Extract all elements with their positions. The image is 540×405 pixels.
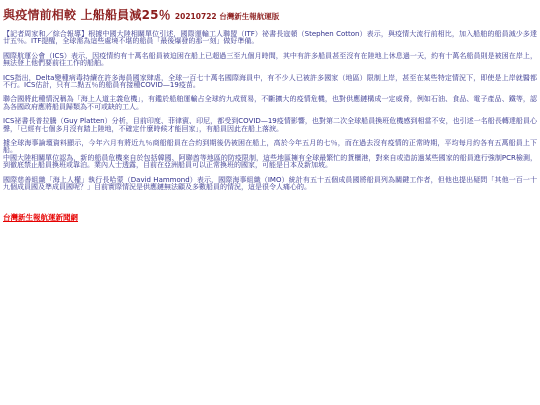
article-page: 與疫情前相較 上船船員減25％20210722 台灣新生報航運版 【記者周家和／… [0,0,540,405]
article-paragraph: 國際慈善組織「海上人權」執行長哈蒙（David Hammond）表示，國際海事組… [3,177,537,192]
article-header: 與疫情前相較 上船船員減25％20210722 台灣新生報航運版 [3,4,537,23]
article-paragraph: 中國大陸相關單位認為，新的船員危機來自於包括韓國、阿聯酋等地區的防疫限制，這些地… [3,155,537,170]
article-paragraph: 【記者周家和／綜合報導】根據中國大陸相關單位引述，國際運輸工人聯盟（ITF）祕書… [3,31,537,46]
footer-link[interactable]: 台灣新生報航運新聞網 [3,212,78,223]
article-paragraph: 國際航運公會（ICS）表示，因疫情約有十萬名船員被迫困在船上已超過三至九個月時間… [3,53,537,68]
article-body: 【記者周家和／綜合報導】根據中國大陸相關單位引述，國際運輸工人聯盟（ITF）祕書… [3,31,537,192]
article-paragraph: 聯合國將此種情況稱為「海上人道主義危機」，有鑑於船舶運輸占全球約九成貿易，不斷擴… [3,96,537,111]
article-paragraph: ICS祕書長普拉騰（Guy Platten）分析，目前印度、菲律賓、印尼，都受到… [3,118,537,133]
page-title: 與疫情前相較 上船船員減25％ [3,8,171,22]
page-title-date: 20210722 台灣新生報航運版 [175,12,279,21]
article-paragraph: ICS指出，Delta變種病毒持續在許多海員國家肆虐，全球一百七十萬名國際海員中… [3,75,537,90]
article-paragraph: 據全球海事論壇資料顯示，今年六月有將近九％商船船員在合約到期後仍被困在船上，高於… [3,140,537,155]
